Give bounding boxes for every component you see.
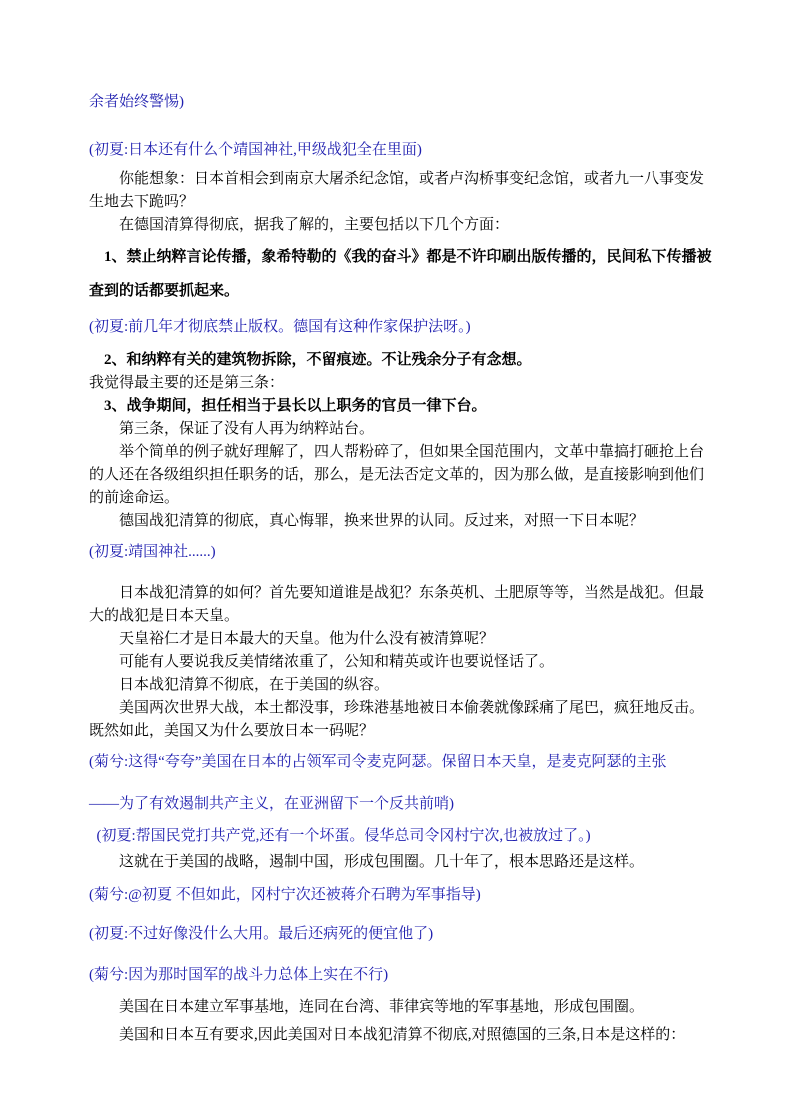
body-paragraph: 举个简单的例子就好理解了，四人帮粉碎了，但如果全国范围内，文革中靠搞打砸抢上台的… (89, 441, 716, 510)
body-paragraph: 美国在日本建立军事基地，连同在台湾、菲律宾等地的军事基地，形成包围圈。 (89, 996, 716, 1019)
document-page: 余者始终警惕)(初夏:日本还有什么个靖国神社,甲级战犯全在里面)你能想象：日本首… (0, 0, 800, 1100)
body-paragraph: 在德国清算得彻底，据我了解的，主要包括以下几个方面： (89, 214, 716, 237)
comment-paragraph: (菊兮:因为那时国军的战斗力总体上实在不行) (89, 964, 716, 987)
numbered-point: 2、和纳粹有关的建筑物拆除，不留痕迹。不让残余分子有念想。 (89, 349, 716, 372)
comment-paragraph: (初夏:前几年才彻底禁止版权。德国有这种作家保护法呀。) (89, 316, 716, 339)
comment-paragraph: (初夏:靖国神社......) (89, 541, 716, 564)
comment-paragraph: (菊兮:@初夏 不但如此，冈村宁次还被蒋介石聘为军事指导) (89, 884, 716, 907)
comment-paragraph: 余者始终警惕) (89, 91, 716, 114)
body-paragraph: 我觉得最主要的还是第三条： (89, 372, 716, 395)
numbered-point: 3、战争期间，担任相当于县长以上职务的官员一律下台。 (89, 395, 716, 418)
comment-paragraph: ——为了有效遏制共产主义，在亚洲留下一个反共前哨) (89, 793, 716, 816)
body-paragraph: 德国战犯清算的彻底，真心悔罪，换来世界的认同。反过来，对照一下日本呢？ (89, 510, 716, 533)
body-paragraph: 这就在于美国的战略，遏制中国，形成包围圈。几十年了，根本思路还是这样。 (89, 851, 716, 874)
comment-paragraph: (初夏:不过好像没什么大用。最后还病死的便宜他了) (89, 923, 716, 946)
body-paragraph: 天皇裕仁才是日本最大的天皇。他为什么没有被清算呢？ (89, 628, 716, 651)
body-paragraph: 美国两次世界大战，本土都没事，珍珠港基地被日本偷袭就像踩痛了尾巴，疯狂地反击。既… (89, 697, 716, 743)
body-paragraph: 美国和日本互有要求,因此美国对日本战犯清算不彻底,对照德国的三条,日本是这样的： (89, 1024, 716, 1047)
comment-paragraph: (初夏:帮国民党打共产党,还有一个坏蛋。侵华总司令冈村宁次,也被放过了。) (89, 825, 716, 848)
body-paragraph: 可能有人要说我反美情绪浓重了，公知和精英或许也要说怪话了。 (89, 651, 716, 674)
numbered-point: 1、禁止纳粹言论传播，象希特勒的《我的奋斗》都是不许印刷出版传播的，民间私下传播… (89, 240, 716, 308)
comment-paragraph: (菊兮:这得“夸夸”美国在日本的占领军司令麦克阿瑟。保留日本天皇，是麦克阿瑟的主… (89, 751, 716, 774)
document-content: 余者始终警惕)(初夏:日本还有什么个靖国神社,甲级战犯全在里面)你能想象：日本首… (89, 91, 716, 1047)
body-paragraph: 日本战犯清算的如何？首先要知道谁是战犯？东条英机、土肥原等等，当然是战犯。但最大… (89, 582, 716, 628)
body-paragraph: 第三条，保证了没有人再为纳粹站台。 (89, 418, 716, 441)
body-paragraph: 日本战犯清算不彻底，在于美国的纵容。 (89, 674, 716, 697)
comment-paragraph: (初夏:日本还有什么个靖国神社,甲级战犯全在里面) (89, 139, 716, 162)
body-paragraph: 你能想象：日本首相会到南京大屠杀纪念馆，或者卢沟桥事变纪念馆，或者九一八事变发生… (89, 168, 716, 214)
